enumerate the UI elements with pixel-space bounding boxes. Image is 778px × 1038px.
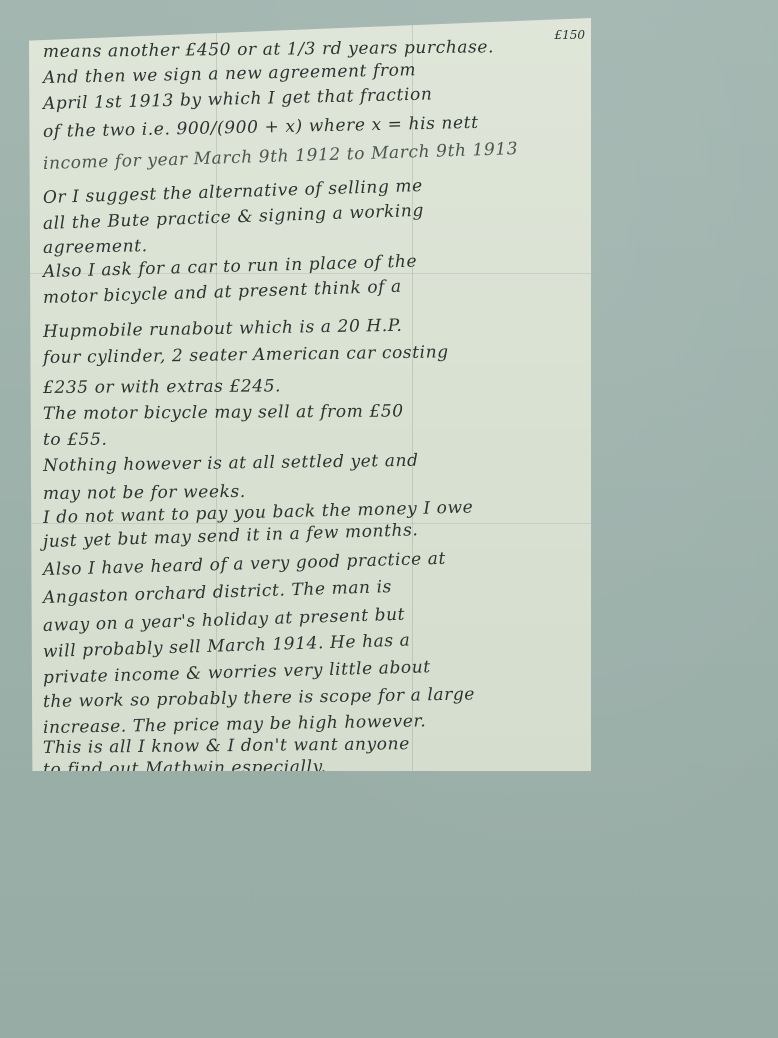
text-line: Angaston orchard district. The man is	[43, 577, 393, 608]
text-line: away on a year's holiday at present but	[43, 605, 406, 636]
text-line: of the two i.e. 900/(900 + x) where x = …	[43, 113, 479, 142]
text-line: This is all I know & I don't want anyone	[43, 734, 410, 758]
text-line: will probably sell March 1914. He has a	[43, 630, 411, 662]
text-line: And then we sign a new agreement from	[43, 60, 417, 88]
text-line: private income & worries very little abo…	[43, 657, 431, 688]
text-line: may not be for weeks.	[43, 482, 246, 504]
text-line: to £55.	[43, 430, 108, 450]
text-line: April 1st 1913 by which I get that fract…	[43, 84, 433, 114]
text-line: four cylinder, 2 seater American car cos…	[43, 342, 449, 368]
text-line: Hupmobile runabout which is a 20 H.P.	[43, 316, 403, 342]
text-line: agreement.	[43, 236, 148, 258]
text-line: motor bicycle and at present think of a	[43, 277, 402, 308]
text-line: Also I have heard of a very good practic…	[43, 549, 447, 580]
text-line: £235 or with extras £245.	[43, 376, 281, 398]
text-line: The motor bicycle may sell at from £50	[43, 401, 404, 424]
text-line: income for year March 9th 1912 to March …	[43, 139, 519, 174]
text-line: Nothing however is at all settled yet an…	[43, 451, 419, 476]
margin-note: £150	[554, 28, 585, 42]
letter-page: £150 means another £450 or at 1/3 rd yea…	[29, 18, 591, 771]
text-line: the work so probably there is scope for …	[43, 684, 475, 712]
text-line: means another £450 or at 1/3 rd years pu…	[43, 37, 494, 62]
